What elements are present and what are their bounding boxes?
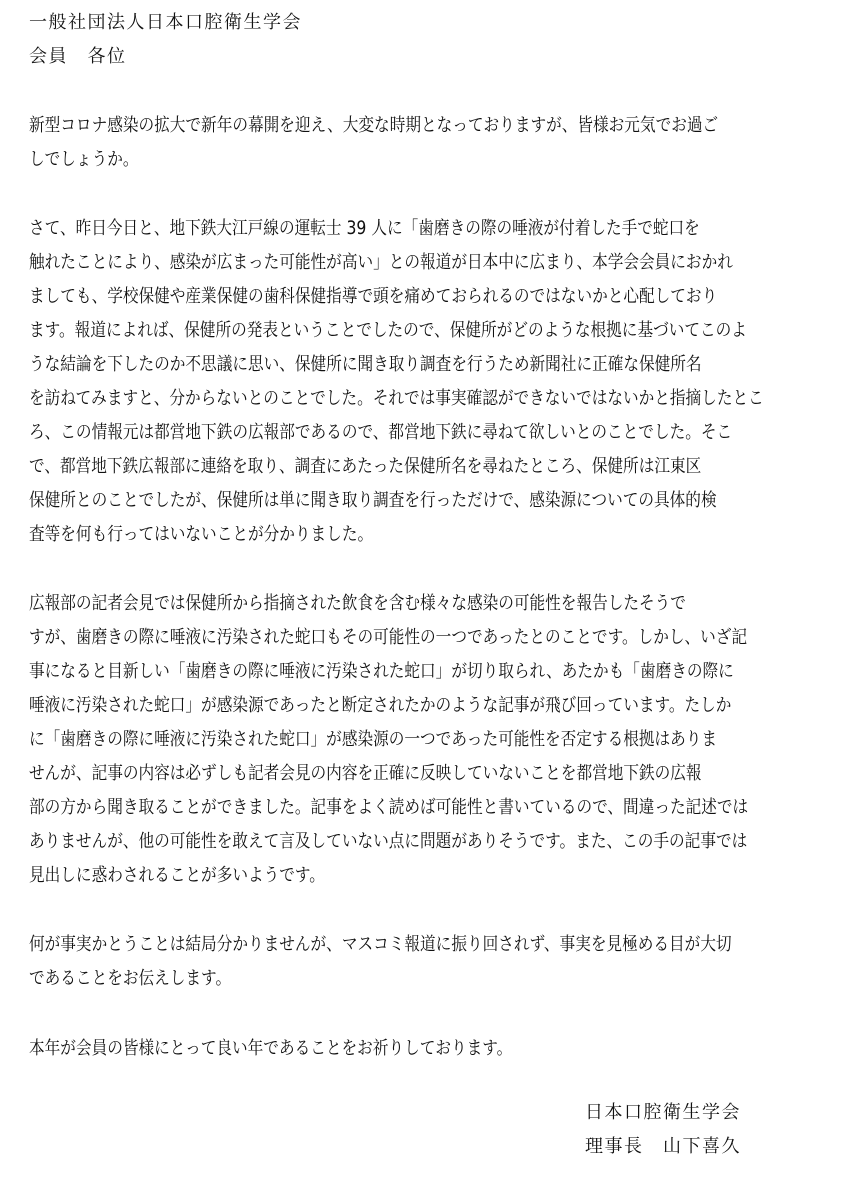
- paragraph-line: であることをお伝えします。: [29, 968, 231, 990]
- paragraph-line: 部の方から聞き取ることができました。記事をよく読めば可能性と書いているので、間違…: [29, 797, 748, 819]
- signature-name: 理事長 山下喜久: [585, 1136, 741, 1158]
- paragraph-line: で、都営地下鉄広報部に連絡を取り、調査にあたった保健所名を尋ねたところ、保健所は…: [29, 456, 701, 478]
- paragraph-line: 唾液に汚染された蛇口」が感染源であったと断定されたかのような記事が飛び回っていま…: [29, 695, 731, 717]
- paragraph-line: 保健所とのことでしたが、保健所は単に聞き取り調査を行っただけで、感染源についての…: [29, 490, 717, 512]
- paragraph-line: さて、昨日今日と、地下鉄大江戸線の運転士 39 人に「歯磨きの際の唾液が付着した…: [29, 218, 700, 240]
- paragraph-line: せんが、記事の内容は必ずしも記者会見の内容を正確に反映していないことを都営地下鉄…: [29, 763, 702, 785]
- paragraph-line: しでしょうか。: [29, 149, 139, 171]
- signature-organization: 日本口腔衛生学会: [585, 1102, 741, 1124]
- paragraph-line: ありませんが、他の可能性を敢えて言及していない点に問題がありそうです。また、この…: [29, 831, 747, 853]
- paragraph-line: すが、歯磨きの際に唾液に汚染された蛇口もその可能性の一つであったとのことです。し…: [29, 627, 747, 649]
- paragraph-line: ましても、学校保健や産業保健の歯科保健指導で頭を痛めておられるのではないかと心配…: [29, 286, 717, 308]
- paragraph-line: うな結論を下したのか不思議に思い、保健所に聞き取り調査を行うため新聞社に正確な保…: [29, 354, 702, 376]
- recipient-organization: 一般社団法人日本口腔衛生学会: [29, 12, 302, 34]
- paragraph-line: 本年が会員の皆様にとって良い年であることをお祈りしております。: [29, 1038, 512, 1060]
- paragraph-line: 触れたことにより、感染が広まった可能性が高い」との報道が日本中に広まり、本学会会…: [29, 252, 733, 274]
- paragraph-line: ます。報道によれば、保健所の発表ということでしたので、保健所がどのような根拠に基…: [29, 320, 747, 342]
- paragraph-line: 見出しに惑わされることが多いようです。: [29, 865, 325, 887]
- paragraph-line: 事になると目新しい「歯磨きの際に唾液に汚染された蛇口」が切り取られ、あたかも「歯…: [29, 661, 734, 683]
- paragraph-line: ろ、この情報元は都営地下鉄の広報部であるので、都営地下鉄に尋ねて欲しいとのことで…: [29, 422, 732, 444]
- paragraph-line: 査等を何も行ってはいないことが分かりました。: [29, 524, 373, 546]
- letter-page: 一般社団法人日本口腔衛生学会 会員 各位 新型コロナ感染の拡大で新年の幕開を迎え…: [0, 0, 843, 1200]
- paragraph-line: 何が事実かとうことは結局分かりませんが、マスコミ報道に振り回されず、事実を見極め…: [29, 934, 732, 956]
- paragraph-line: に「歯磨きの際に唾液に汚染された蛇口」が感染源の一つであった可能性を否定する根拠…: [29, 729, 717, 751]
- paragraph-line: を訪ねてみますと、分からないとのことでした。それでは事実確認ができないではないか…: [29, 388, 764, 410]
- paragraph-line: 新型コロナ感染の拡大で新年の幕開を迎え、大変な時期となっておりますが、皆様お元気…: [29, 115, 718, 137]
- recipient-addressee: 会員 各位: [29, 46, 127, 68]
- paragraph-line: 広報部の記者会見では保健所から指摘された飲食を含む様々な感染の可能性を報告したそ…: [29, 593, 686, 615]
